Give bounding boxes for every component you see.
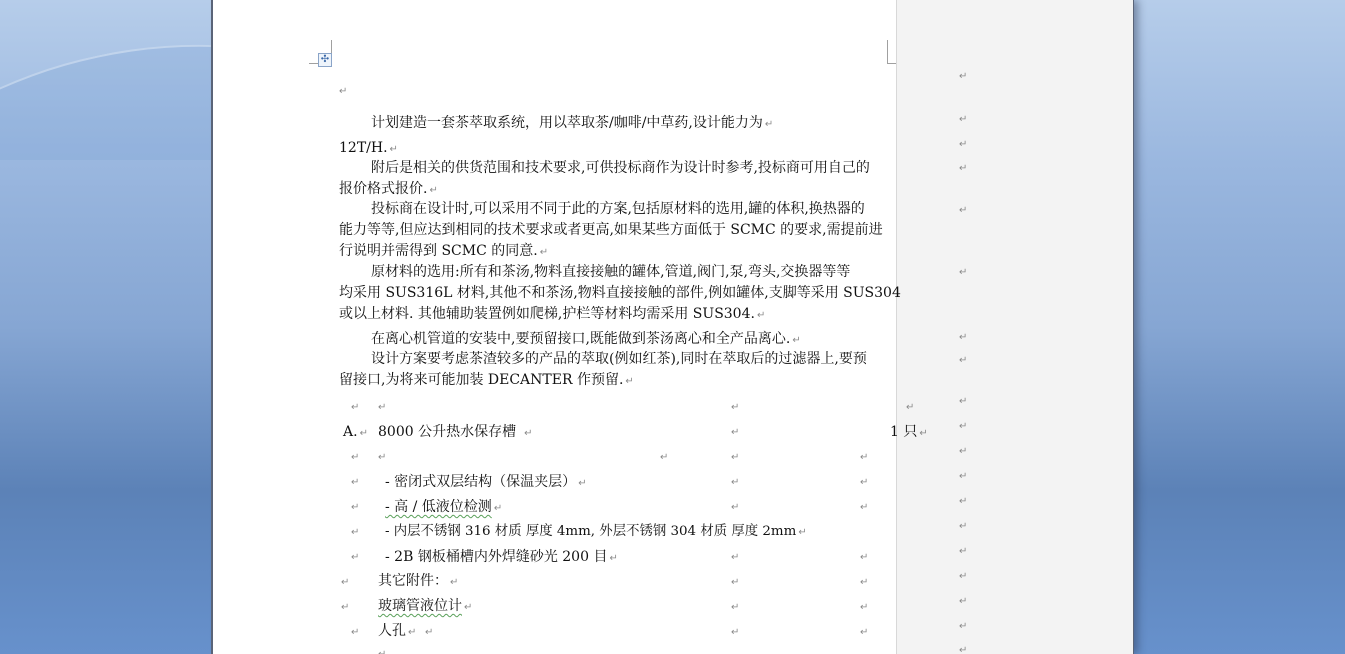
table-cell-mark: ↵ (731, 453, 739, 463)
table-cell-mark: ↵ (731, 478, 739, 488)
table-cell-mark: ↵ (731, 503, 739, 513)
table-cell-mark: ↵ (351, 553, 359, 563)
desktop-background-swoosh (0, 0, 213, 160)
table-cell-mark: ↵ (660, 453, 668, 463)
paragraph-materials-line1[interactable]: 原材料的选用:所有和茶汤,物料直接接触的罐体,管道,阀门,泵,弯头,交换器等等 (371, 264, 850, 280)
table-cell-mark: ↵ (351, 628, 359, 638)
row-end-mark: ↵ (959, 622, 967, 632)
paragraph-design-line2[interactable]: 能力等等,但应达到相同的技术要求或者更高,如果某些方面低于 SCMC 的要求,需… (339, 222, 883, 238)
row-end-mark: ↵ (959, 397, 967, 407)
table-cell-mark: ↵ (351, 528, 359, 538)
row-end-mark: ↵ (959, 164, 967, 174)
accessories-label[interactable]: 其它附件：↵ (378, 573, 458, 591)
document-page[interactable]: ✣ ↵ 计划建造一套茶萃取系统，用以萃取茶/咖啡/中草药,设计能力为↵ 12T/… (213, 0, 1132, 654)
spec-item[interactable]: - 密闭式双层结构（保温夹层）↵ (385, 474, 587, 492)
row-end-mark: ↵ (959, 447, 967, 457)
right-margin-area (896, 0, 1133, 654)
table-cell-mark: ↵ (351, 453, 359, 463)
table-cell-mark: ↵ (351, 403, 359, 413)
margin-corner-mark-right (887, 40, 896, 64)
paragraph-design-line1[interactable]: 投标商在设计时,可以采用不同于此的方案,包括原材料的选用,罐的体积,换热器的 (371, 201, 865, 217)
table-cell-mark: ↵ (378, 453, 386, 463)
accessory-item[interactable]: 玻璃管液位计↵ (378, 598, 472, 616)
paragraph-scope-line1[interactable]: 附后是相关的供货范围和技术要求,可供投标商作为设计时参考,投标商可用自己的 (371, 160, 870, 176)
spec-item[interactable]: - 高 / 低液位检测↵ (385, 499, 502, 517)
spec-item[interactable]: - 内层不锈钢 316 材质 厚度 4mm, 外层不锈钢 304 材质 厚度 2… (385, 524, 807, 541)
table-cell-mark: ↵ (860, 478, 868, 488)
table-cell-mark: ↵ (351, 503, 359, 513)
table-cell-mark: ↵ (860, 503, 868, 513)
row-end-mark: ↵ (959, 572, 967, 582)
table-move-handle-icon[interactable]: ✣ (318, 53, 332, 67)
row-end-mark: ↵ (959, 268, 967, 278)
row-end-mark: ↵ (959, 115, 967, 125)
paragraph-design-line3[interactable]: 行说明并需得到 SCMC 的同意.↵ (339, 243, 548, 261)
table-cell-mark: ↵ (731, 628, 739, 638)
row-end-mark: ↵ (959, 597, 967, 607)
paragraph-residue-line2[interactable]: 留接口,为将来可能加装 DECANTER 作预留.↵ (339, 372, 634, 390)
paragraph-mark: ↵ (339, 87, 347, 97)
table-cell-mark: ↵ (425, 628, 433, 638)
table-cell-mark: ↵ (860, 628, 868, 638)
paragraph-intro[interactable]: 计划建造一套茶萃取系统，用以萃取茶/咖啡/中草药,设计能力为↵ (371, 115, 773, 133)
table-cell-mark: ↵ (731, 603, 739, 613)
row-end-mark: ↵ (959, 140, 967, 150)
table-cell-mark: ↵ (341, 603, 349, 613)
row-end-mark: ↵ (959, 522, 967, 532)
row-end-mark: ↵ (959, 333, 967, 343)
accessory-item[interactable]: 人孔↵ (378, 623, 416, 641)
row-end-mark: ↵ (959, 72, 967, 82)
table-cell-mark: ↵ (860, 453, 868, 463)
table-cell-mark: ↵ (731, 578, 739, 588)
table-item-label[interactable]: A.↵ (343, 424, 368, 442)
row-end-mark: ↵ (959, 356, 967, 366)
table-cell-mark: ↵ (731, 428, 739, 438)
table-cell-mark: ↵ (351, 478, 359, 488)
table-cell-mark: ↵ (906, 403, 914, 413)
table-cell-mark: ↵ (378, 650, 386, 654)
table-cell-mark: ↵ (341, 578, 349, 588)
row-end-mark: ↵ (959, 646, 967, 654)
row-end-mark: ↵ (959, 206, 967, 216)
table-cell-mark: ↵ (731, 553, 739, 563)
row-end-mark: ↵ (959, 497, 967, 507)
table-cell-mark: ↵ (860, 603, 868, 613)
paragraph-materials-line2[interactable]: 均采用 SUS316L 材料,其他不和茶汤,物料直接接触的部件,例如罐体,支脚等… (339, 285, 901, 301)
paragraph-materials-line3[interactable]: 或以上材料. 其他辅助装置例如爬梯,护栏等材料均需采用 SUS304.↵ (339, 306, 765, 324)
table-cell-mark: ↵ (378, 403, 386, 413)
paragraph-capacity[interactable]: 12T/H.↵ (339, 140, 398, 158)
paragraph-scope-line2[interactable]: 报价格式报价.↵ (339, 181, 438, 199)
table-cell-mark: ↵ (860, 578, 868, 588)
table-cell-mark: ↵ (731, 403, 739, 413)
spec-item[interactable]: - 2B 钢板桶槽内外焊缝砂光 200 目↵ (385, 549, 618, 567)
row-end-mark: ↵ (959, 422, 967, 432)
table-cell-mark: ↵ (860, 553, 868, 563)
row-end-mark: ↵ (959, 547, 967, 557)
paragraph-residue-line1[interactable]: 设计方案要考虑茶渣较多的产品的萃取(例如红茶),同时在萃取后的过滤器上,要预 (371, 351, 867, 367)
table-item-quantity[interactable]: 1 只↵ (890, 424, 928, 442)
row-end-mark: ↵ (959, 472, 967, 482)
paragraph-centrifuge[interactable]: 在离心机管道的安装中,要预留接口,既能做到茶汤离心和全产品离心.↵ (371, 331, 801, 349)
table-item-name[interactable]: 8000 公升热水保存槽↵ (378, 424, 532, 442)
